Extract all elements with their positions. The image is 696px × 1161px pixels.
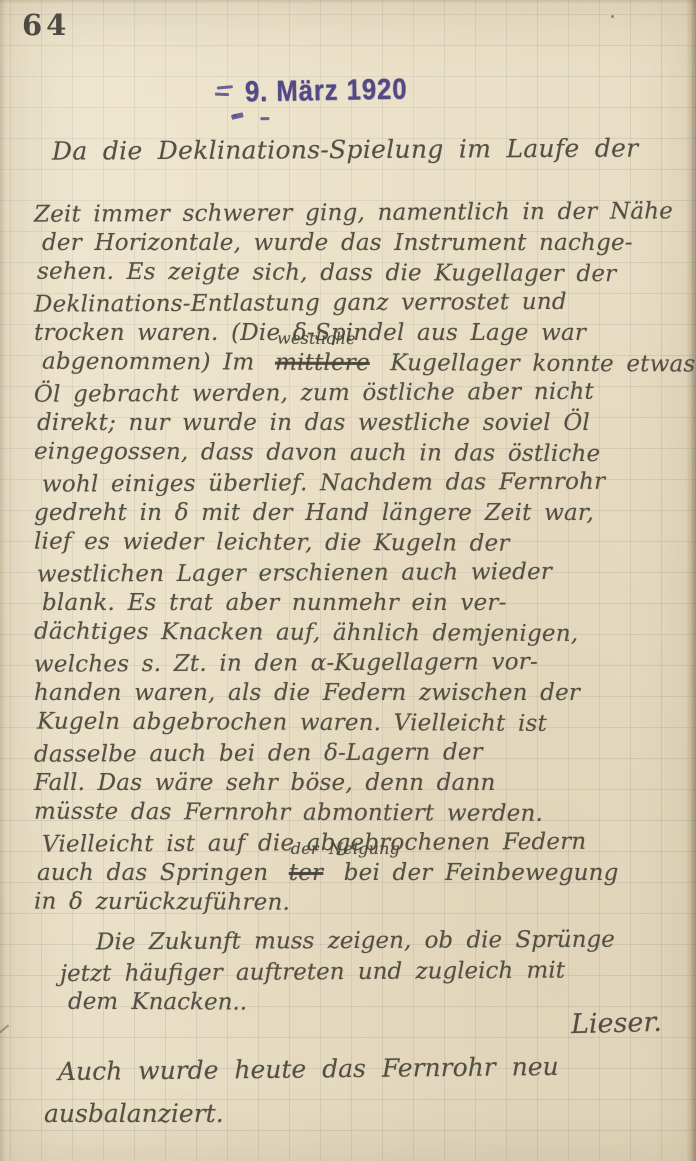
- inserted-word: der Neigung: [291, 841, 400, 857]
- manuscript-line: gedreht in δ mit der Hand längere Zeit w…: [34, 498, 678, 528]
- stamp-smudge-mark: [217, 85, 233, 89]
- manuscript-postscript: Auch wurde heute das Fernrohr neu ausbal…: [34, 1046, 678, 1136]
- manuscript-body: Zeit immer schwerer ging, namentlich in …: [34, 198, 678, 918]
- manuscript-line: direkt; nur wurde in das westliche sovie…: [34, 408, 678, 438]
- inserted-word: westliche: [277, 331, 356, 347]
- ink-speck: [611, 15, 614, 18]
- manuscript-page: 64 9. März 1920 Da die Deklinations-Spie…: [0, 0, 696, 1161]
- manuscript-line: müsste das Fernrohr abmontiert werden.: [34, 797, 678, 830]
- manuscript-line: Kugeln abgebrochen waren. Vielleicht ist: [34, 707, 678, 740]
- manuscript-line: Fall. Das wäre sehr böse, denn dann: [34, 768, 678, 798]
- manuscript-line: Öl gebracht werden, zum östliche aber ni…: [34, 376, 678, 409]
- manuscript-line: welches s. Zt. in den α-Kugellagern vor-: [34, 646, 678, 679]
- manuscript-line: Deklinations-Entlastung ganz verrostet u…: [34, 286, 678, 319]
- manuscript-line: handen waren, als die Federn zwischen de…: [34, 678, 678, 708]
- date-stamp-text: 9. März 1920: [245, 73, 408, 109]
- line-text: bei der Feinbewegung: [331, 860, 618, 886]
- line-text: Kugellager konnte etwas: [378, 350, 696, 377]
- manuscript-line: jetzt häufiger auftreten und zugleich mi…: [34, 955, 678, 990]
- manuscript-line: in δ zurückzuführen.: [34, 887, 678, 920]
- page-top-edge-shadow: [0, 0, 696, 4]
- manuscript-line: wohl einiges überlief. Nachdem das Fernr…: [34, 466, 678, 499]
- manuscript-line: dasselbe auch bei den δ-Lagern der: [34, 736, 678, 769]
- manuscript-line: der Horizontale, wurde das Instrument na…: [34, 228, 678, 258]
- manuscript-line-with-correction: abgenommen) Im westlichemittlere Kugella…: [34, 347, 678, 380]
- stamp-smudge-mark: [260, 117, 269, 120]
- ink-speck: [233, 114, 237, 117]
- stamp-smudge-mark: [215, 93, 229, 96]
- page-left-edge-shadow: [0, 0, 6, 1161]
- page-number: 64: [22, 8, 70, 42]
- page-right-edge-shadow: [686, 0, 696, 1161]
- manuscript-line: Zeit immer schwerer ging, namentlich in …: [34, 196, 678, 229]
- signature: Lieser.: [571, 1007, 663, 1040]
- manuscript-line: westlichen Lager erschienen auch wieder: [34, 556, 678, 589]
- line-text: auch das Springen: [37, 860, 281, 886]
- manuscript-paragraph-closing: Die Zukunft muss zeigen, ob die Sprünge …: [34, 926, 678, 1019]
- manuscript-line: Auch wurde heute das Fernrohr neu: [34, 1043, 678, 1095]
- ink-speck: [448, 640, 451, 642]
- manuscript-line: eingegossen, dass davon auch in das östl…: [34, 437, 678, 470]
- manuscript-line: blank. Es trat aber nunmehr ein ver-: [34, 588, 678, 618]
- correction-group: der Neigungter: [289, 858, 323, 888]
- manuscript-line-with-correction: auch das Springen der Neigungter bei der…: [34, 858, 678, 888]
- manuscript-paragraph-opening: Da die Deklinations-Spielung im Laufe de…: [34, 134, 678, 166]
- manuscript-line: Die Zukunft muss zeigen, ob die Sprünge: [34, 924, 678, 958]
- line-text: abgenommen) Im: [42, 349, 267, 376]
- date-stamp: 9. März 1920: [205, 66, 456, 126]
- manuscript-line: sehen. Es zeigte sich, dass die Kugellag…: [34, 257, 678, 290]
- manuscript-line: lief es wieder leichter, die Kugeln der: [34, 527, 678, 560]
- correction-group: westlichemittlere: [275, 348, 370, 378]
- manuscript-line: ausbalanziert.: [34, 1091, 678, 1136]
- struck-out-word: ter: [289, 860, 323, 886]
- margin-pen-tick: [0, 1024, 9, 1033]
- manuscript-line: Da die Deklinations-Spielung im Laufe de…: [34, 132, 678, 167]
- struck-out-word: mittlere: [275, 350, 370, 376]
- manuscript-line: dächtiges Knacken auf, ähnlich demjenige…: [34, 617, 678, 650]
